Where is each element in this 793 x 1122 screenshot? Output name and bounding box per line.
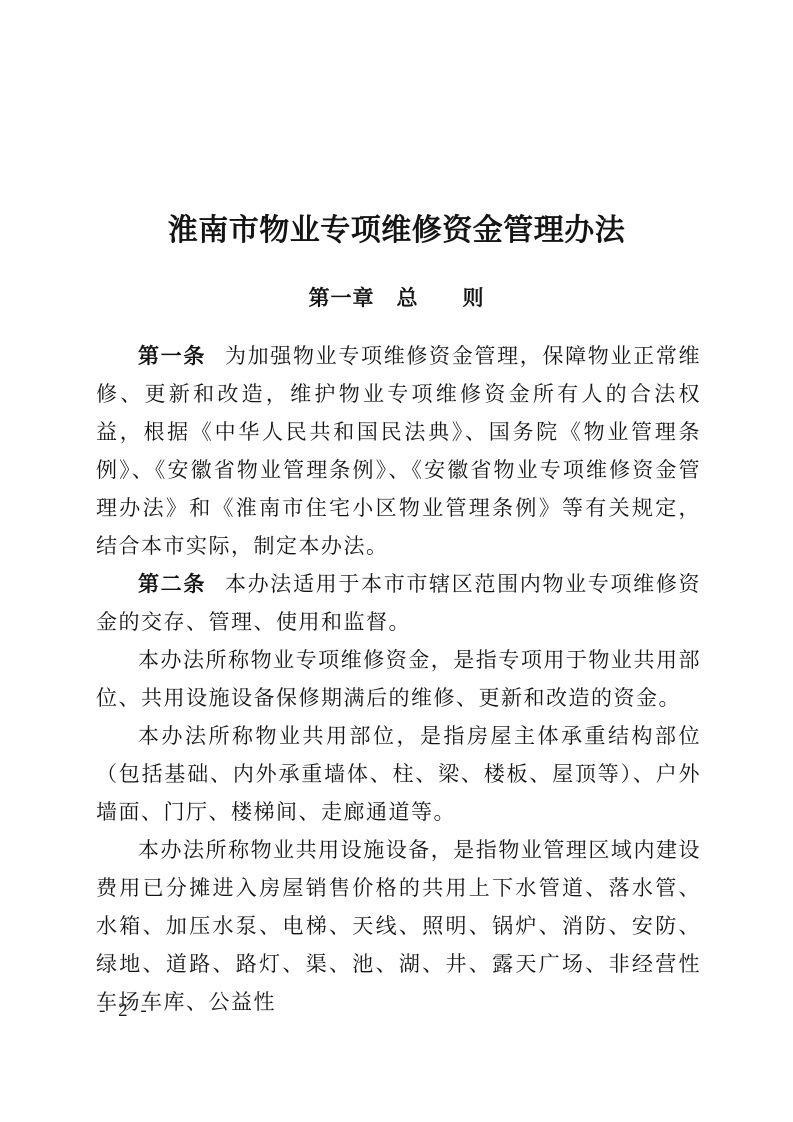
paragraph: 本办法所称物业共用设施设备，是指物业管理区域内建设费用已分摊进入房屋销售价格的共… [96, 831, 701, 1021]
paragraph: 本办法所称物业专项维修资金，是指专项用于物业共用部位、共用设施设备保修期满后的维… [96, 641, 701, 717]
document-body: 第一条为加强物业专项维修资金管理，保障物业正常维修、更新和改造，维护物业专项维修… [0, 337, 793, 1021]
paragraph-article-2: 第二条本办法适用于本市市辖区范围内物业专项维修资金的交存、管理、使用和监督。 [96, 565, 701, 641]
document-page: 淮南市物业专项维修资金管理办法 第一章 总 则 第一条为加强物业专项维修资金管理… [0, 0, 793, 1122]
paragraph-text: 本办法所称物业共用部位，是指房屋主体承重结构部位（包括基础、内外承重墙体、柱、梁… [96, 724, 701, 824]
paragraph: 本办法所称物业共用部位，是指房屋主体承重结构部位（包括基础、内外承重墙体、柱、梁… [96, 717, 701, 831]
page-number: - 2 - [99, 999, 151, 1023]
chapter-heading: 第一章 总 则 [0, 286, 793, 311]
paragraph-article-1: 第一条为加强物业专项维修资金管理，保障物业正常维修、更新和改造，维护物业专项维修… [96, 337, 701, 565]
article-number: 第二条 [138, 572, 206, 596]
document-title: 淮南市物业专项维修资金管理办法 [0, 212, 793, 249]
paragraph-text: 本办法所称物业共用设施设备，是指物业管理区域内建设费用已分摊进入房屋销售价格的共… [96, 838, 701, 1014]
paragraph-text: 为加强物业专项维修资金管理，保障物业正常维修、更新和改造，维护物业专项维修资金所… [96, 344, 701, 558]
paragraph-text: 本办法所称物业专项维修资金，是指专项用于物业共用部位、共用设施设备保修期满后的维… [96, 648, 701, 710]
article-number: 第一条 [138, 344, 206, 368]
